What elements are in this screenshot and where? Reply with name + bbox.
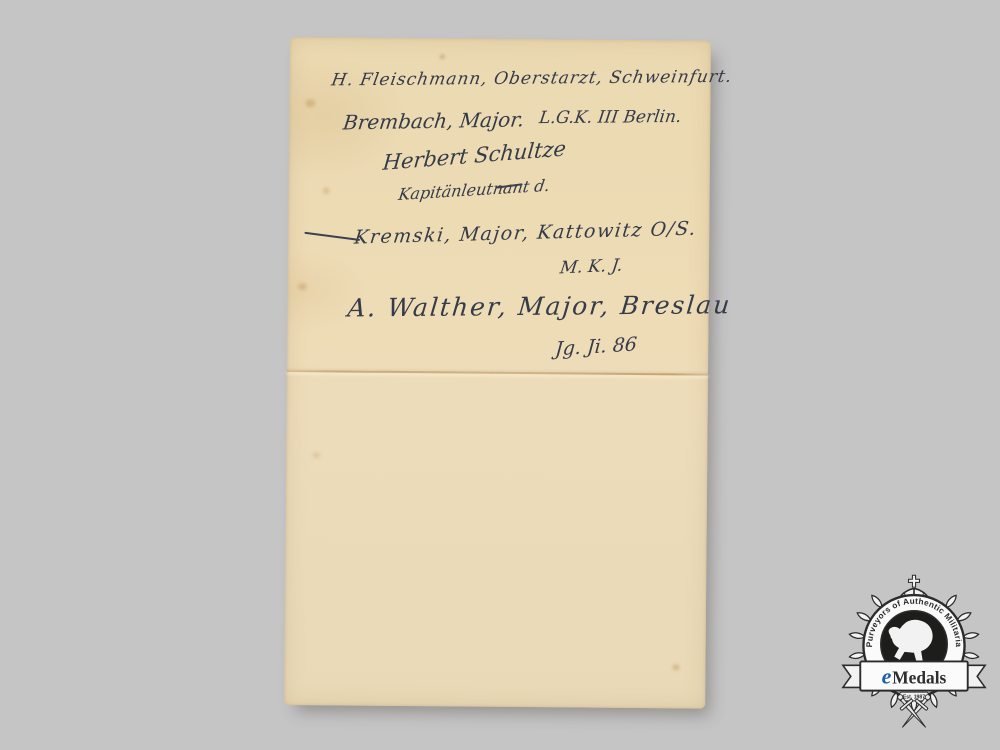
document-paper: H. Fleischmann, Oberstarzt, Schweinfurt.… — [284, 37, 711, 709]
foxing-spot — [672, 664, 679, 670]
signature-line-2-unit: L.G.K. III Berlin. — [538, 107, 683, 128]
brand-word-medals: Medals — [892, 669, 946, 688]
pen-flourish — [304, 232, 360, 241]
brand-letter-e: e — [882, 664, 892, 689]
signature-line-7: A. Walther, Major, Breslau — [346, 290, 733, 322]
fold-crease — [287, 370, 708, 376]
signature-line-6: M. K. J. — [559, 256, 624, 279]
emedals-watermark-logo: Purveyors of Authentic Militaria eMedals… — [835, 570, 993, 737]
foxing-spot — [305, 99, 315, 107]
signature-line-2: Brembach, Major. — [342, 107, 526, 134]
foxing-spot — [298, 283, 307, 290]
established-text: Est. 1987 — [903, 695, 925, 701]
product-photo: H. Fleischmann, Oberstarzt, Schweinfurt.… — [0, 0, 1000, 750]
signature-line-3: Herbert Schultze — [382, 136, 567, 175]
signature-line-4: Kapitänleutnant d. — [397, 176, 551, 204]
signature-line-1: H. Fleischmann, Oberstarzt, Schweinfurt. — [330, 67, 734, 91]
ink-speck — [440, 54, 445, 59]
foxing-spot — [323, 187, 330, 194]
signature-line-8: Jg. Ji. 86 — [554, 333, 637, 360]
foxing-spot — [312, 452, 320, 458]
brand-banner: eMedals — [843, 661, 985, 690]
signature-line-5: Kremski, Major, Kattowitz O/S. — [353, 218, 698, 249]
